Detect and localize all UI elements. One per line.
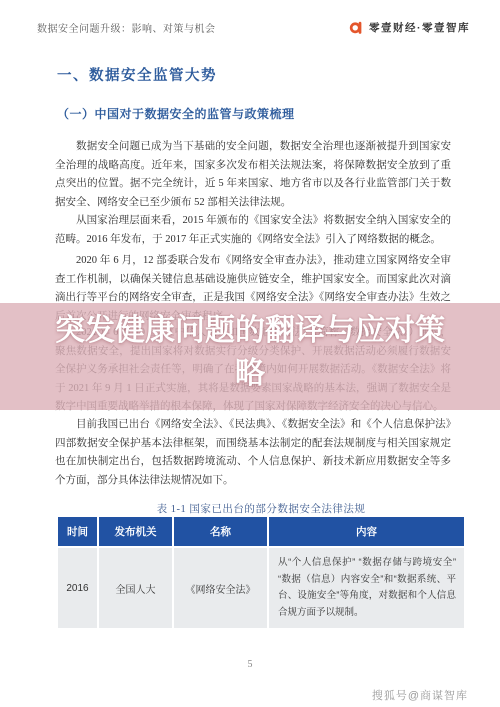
doc-title: 数据安全问题升级：影响、对策与机会 — [37, 20, 216, 35]
brand: 零壹财经·零壹智库 — [349, 20, 470, 35]
subsection-heading: （一）中国对于数据安全的监管与政策梳理 — [57, 105, 295, 122]
table-header-name: 名称 — [174, 517, 267, 546]
table-header-time: 时间 — [58, 517, 97, 546]
table-caption: 表 1-1 国家已出台的部分数据安全法律法规 — [58, 501, 464, 516]
brand-text: 零壹财经·零壹智库 — [369, 20, 470, 35]
section-heading: 一、数据安全监管大势 — [57, 64, 217, 85]
table-header-content: 内容 — [269, 517, 464, 546]
table-cell-name: 《网络安全法》 — [174, 548, 267, 628]
overlay-headline-line2: 略 — [0, 352, 500, 395]
sohu-watermark: 搜狐号@商谋智库 — [372, 687, 468, 703]
lingyi-a-logo-icon — [349, 20, 364, 35]
overlay-headline-line1: 突发健康问题的翻译与应对策 — [0, 309, 500, 352]
report-page: 数据安全问题升级：影响、对策与机会 零壹财经·零壹智库 一、数据安全监管大势 （… — [0, 0, 500, 707]
paragraph: 从国家治理层面来看，2015 年颁布的《国家安全法》将数据安全纳入国家安全的范畴… — [55, 212, 451, 249]
running-header: 数据安全问题升级：影响、对策与机会 零壹财经·零壹智库 — [37, 20, 470, 35]
paragraph: 数据安全问题已成为当下基础的安全问题，数据安全治理也逐渐被提升到国家安全治理的战… — [55, 138, 451, 212]
table-cell-issuer: 全国人大 — [99, 548, 172, 628]
table-cell-time: 2016 — [58, 548, 97, 628]
overlay-headline: 突发健康问题的翻译与应对策 略 — [0, 303, 500, 395]
legal-table: 时间 发布机关 名称 内容 2016 全国人大 《网络安全法》 从“个人信息保护… — [58, 517, 464, 628]
page-number: 5 — [0, 659, 500, 670]
table-header-issuer: 发布机关 — [99, 517, 172, 546]
table-cell-content: 从“个人信息保护” “数据存储与跨境安全” “数据（信息）内容安全”和“数据系统… — [269, 548, 464, 628]
paragraph: 目前我国已出台《网络安全法》、《民法典》、《数据安全法》和《个人信息保护法》四部… — [55, 416, 451, 490]
overlay-banner: 突发健康问题的翻译与应对策 略 — [0, 303, 500, 410]
